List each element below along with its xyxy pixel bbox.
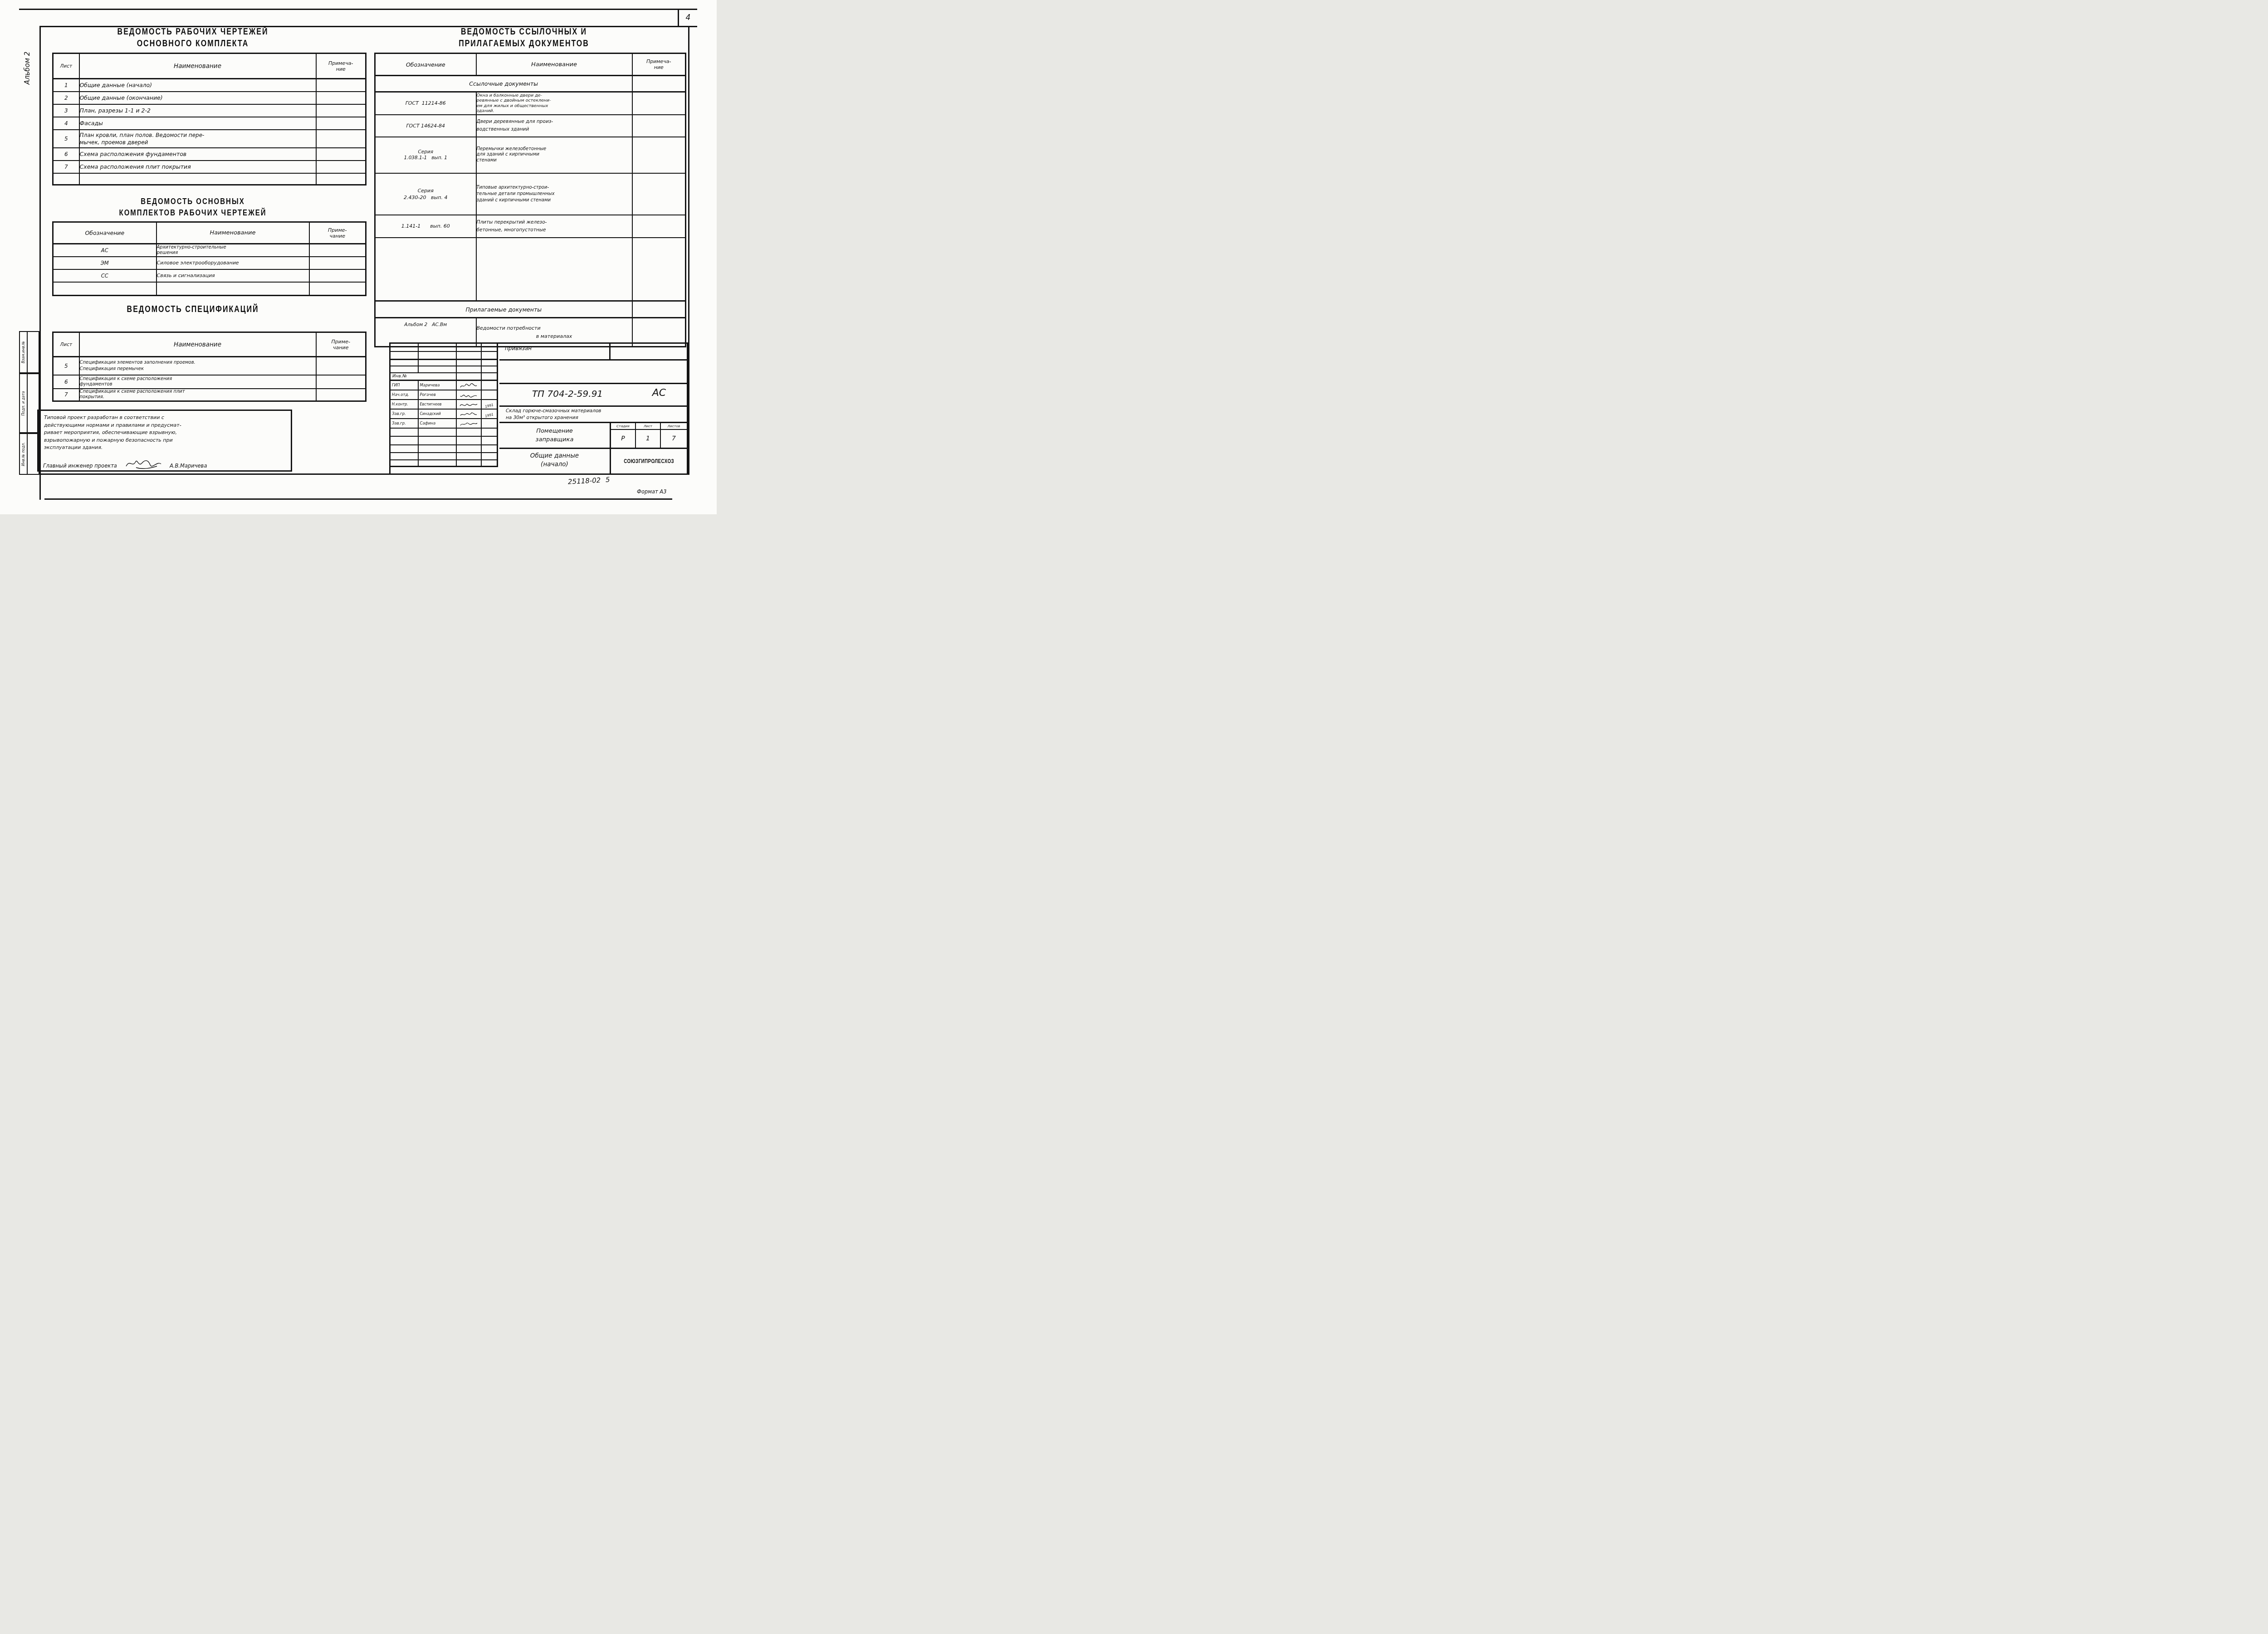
section-row: Ссылочные документы <box>375 76 686 92</box>
stamp-code-row: ТП 704-2-59.91 АС <box>499 384 687 407</box>
grid-row-empty <box>390 453 498 460</box>
table-row: 6Спецификация к схеме расположенияфундам… <box>53 375 366 389</box>
note-text-line: эксплуатации здания. <box>44 444 287 452</box>
inv-number-label: Инв.№ <box>390 373 456 380</box>
note-text-line: ривает мероприятия, обеспечивающие взрыв… <box>44 429 287 437</box>
table-row-empty <box>53 173 366 185</box>
signature-icon <box>123 458 163 469</box>
sheet-value: 1 <box>636 430 661 448</box>
person-row: Зав.гр. Сафина <box>390 419 498 428</box>
table-row: 6Схема расположения фундаментов <box>53 148 366 161</box>
person-name: Рогачев <box>418 390 456 400</box>
sheets-value: 7 <box>661 430 687 448</box>
person-role: Н.контр. <box>390 400 418 409</box>
signature-icon <box>459 383 478 389</box>
note-block: Типовой проект разработан в соответствии… <box>37 410 292 472</box>
note-text-line: Типовой проект разработан в соответствии… <box>44 414 287 422</box>
col-header-name: Наименование <box>79 332 316 357</box>
note-line: ние <box>633 64 685 70</box>
title-line: ВЕДОМОСТЬ СПЕЦИФИКАЦИЙ <box>50 303 336 315</box>
title-line: ВЕДОМОСТЬ ССЫЛОЧНЫХ И <box>374 26 674 38</box>
set-code: АС <box>645 387 673 399</box>
title-block-right: привязан ТП 704-2-59.91 АС Склад горюче-… <box>499 344 687 473</box>
col-header-sheet: Лист <box>53 54 79 79</box>
person-role: Зав.гр. <box>390 409 418 419</box>
stamp-object-row: Склад горюче-смазочных материалов на 30м… <box>499 407 687 423</box>
album-label: Альбом 2 <box>20 34 34 102</box>
col-header-name: Наименование <box>476 54 632 76</box>
stamp-note-row: привязан <box>499 344 687 361</box>
person-name: Сафина <box>418 419 456 428</box>
margin-box-inv: Инв.№ подл. <box>19 433 39 475</box>
person-row: Зав.гр. Синадский 1991 <box>390 409 498 419</box>
signature-icon <box>459 412 478 417</box>
sheets-label: Листов <box>661 423 687 429</box>
title-line: ПРИЛАГАЕМЫХ ДОКУМЕНТОВ <box>374 38 674 49</box>
format-label: Формат А3 <box>637 488 667 495</box>
table-row: 1Общие данные (начало) <box>53 79 366 92</box>
sheet-label: Лист <box>636 423 661 429</box>
col-header-sheet: Лист <box>53 332 79 357</box>
table-row: 3План, разрезы 1-1 и 2-2 <box>53 104 366 117</box>
object-line: на 30м³ открытого хранения <box>506 415 687 421</box>
table-row: Серия2.430-20 вып. 4 Типовые архитектурн… <box>375 173 686 215</box>
margin-box-divider <box>27 374 28 432</box>
specs-table-title: ВЕДОМОСТЬ СПЕЦИФИКАЦИЙ <box>50 303 336 315</box>
col-header-name: Наименование <box>79 54 316 79</box>
table-row-empty <box>53 282 366 296</box>
col-header-name: Наименование <box>156 222 309 244</box>
note-line: ние <box>317 66 366 72</box>
grid-row-empty <box>390 351 498 360</box>
grid-row-empty <box>390 366 498 373</box>
table-row: Серия1.038.1-1 вып. 1 Перемычки железобе… <box>375 137 686 173</box>
table-row: ЭМСиловое электрооборудование <box>53 257 366 269</box>
works-table-title: ВЕДОМОСТЬ РАБОЧИХ ЧЕРТЕЖЕЙ ОСНОВНОГО КОМ… <box>50 26 336 50</box>
note-line: Примеча- <box>317 60 366 66</box>
ref-table-title: ВЕДОМОСТЬ ССЫЛОЧНЫХ И ПРИЛАГАЕМЫХ ДОКУМЕ… <box>374 26 674 50</box>
signature-icon <box>459 421 478 427</box>
table-row: АСАрхитектурно-строительныерешения <box>53 244 366 257</box>
col-header-note: Приме- чание <box>309 222 366 244</box>
stamp-empty-row <box>499 361 687 384</box>
sets-table: Обозначение Наименование Приме- чание АС… <box>52 221 367 296</box>
col-header-mark: Обозначение <box>375 54 476 76</box>
table-row: СССвязь и сигнализация <box>53 269 366 282</box>
doc-code: ТП 704-2-59.91 <box>513 388 622 399</box>
frame-right-line <box>688 26 689 475</box>
title-block: Инв.№ ГИП Маричева Нач.отд. Рогачев Н.ко… <box>389 342 688 475</box>
person-name: Евстигнеев <box>418 400 456 409</box>
title-line: ВЕДОМОСТЬ ОСНОВНЫХ <box>50 196 336 207</box>
col-header-note: Примеча- ние <box>316 54 366 79</box>
margin-box-label: Подп. и дата <box>21 391 25 416</box>
person-row: Н.контр. Евстигнеев 1991 <box>390 400 498 409</box>
note-line: Приме- <box>317 339 366 345</box>
stamp-note: привязан <box>505 345 532 351</box>
note-text-line: действующими нормами и правилами и преду… <box>44 422 287 429</box>
note-line: чание <box>310 233 366 239</box>
top-outer-line <box>19 9 697 10</box>
inv-number-row: Инв.№ <box>390 373 498 380</box>
section-linked-label: Ссылочные документы <box>375 76 632 92</box>
title-line: ВЕДОМОСТЬ РАБОЧИХ ЧЕРТЕЖЕЙ <box>50 26 336 38</box>
col-header-mark: Обозначение <box>53 222 156 244</box>
stamp-title-row: Общие данные (начало) СОЮЗГИПРОЛЕСХОЗ <box>499 449 687 473</box>
object-line: Склад горюче-смазочных материалов <box>506 408 687 415</box>
note-text: Типовой проект разработан в соответствии… <box>39 411 291 452</box>
person-row: Нач.отд. Рогачев <box>390 390 498 400</box>
margin-box-label: Инв.№ подл. <box>21 442 25 466</box>
note-text-line: взрывопожарную и пожарную безопасность п… <box>44 437 287 444</box>
sheet-corner-number: 4 <box>679 10 697 25</box>
margin-box-divider <box>27 332 28 372</box>
room-title: Помещение заправщика <box>499 427 610 444</box>
note-line: Приме- <box>310 227 366 233</box>
table-row: 1.141-1 вып. 60 Плиты перекрытий железо-… <box>375 215 686 238</box>
works-table: Лист Наименование Примеча- ние 1Общие да… <box>52 53 367 185</box>
person-name: Синадский <box>418 409 456 419</box>
table-row: ГОСТ 14624-84 Двери деревянные для произ… <box>375 115 686 137</box>
stamp-note-divider <box>609 344 611 359</box>
person-role: Зав.гр. <box>390 419 418 428</box>
ref-table: Обозначение Наименование Примеча- ние Сс… <box>374 53 686 347</box>
stage-mini-table: Стадия Лист Листов Р 1 7 <box>611 423 687 448</box>
person-name: Маричева <box>418 380 456 390</box>
title-line: КОМПЛЕКТОВ РАБОЧИХ ЧЕРТЕЖЕЙ <box>50 207 336 219</box>
note-line: чание <box>317 345 366 351</box>
person-year: 1991 <box>484 403 494 409</box>
grid-row-empty <box>390 436 498 445</box>
signature-icon <box>459 402 478 408</box>
section-row: Прилагаемые документы <box>375 301 686 318</box>
margin-box-podp: Подп. и дата <box>19 373 39 433</box>
stage-label: Стадия <box>611 423 636 429</box>
person-role: ГИП <box>390 380 418 390</box>
margin-box-vzam: Взам.инв.№ <box>19 331 39 373</box>
person-year: 1991 <box>484 412 494 418</box>
grid-row-empty <box>390 428 498 436</box>
sheet-bottom-edge-line <box>44 498 672 500</box>
grid-row-empty <box>390 460 498 466</box>
section-attached-label: Прилагаемые документы <box>375 301 632 318</box>
drawing-sheet: 4 Альбом 2 Взам.инв.№ Подп. и дата Инв.№… <box>0 0 717 514</box>
title-block-signature-grid: Инв.№ ГИП Маричева Нач.отд. Рогачев Н.ко… <box>389 342 498 467</box>
title-line: ОСНОВНОГО КОМПЛЕКТА <box>50 38 336 49</box>
organization-name: СОЮЗГИПРОЛЕСХОЗ <box>611 449 687 473</box>
table-row: 7Спецификация к схеме расположения плитп… <box>53 389 366 401</box>
archive-doc-number: 25118-02 5 <box>568 476 610 486</box>
sets-table-title: ВЕДОМОСТЬ ОСНОВНЫХ КОМПЛЕКТОВ РАБОЧИХ ЧЕ… <box>50 196 336 219</box>
col-header-note: Приме- чание <box>316 332 366 357</box>
person-row: ГИП Маричева <box>390 380 498 390</box>
table-row: 4Фасады <box>53 117 366 130</box>
table-row: ГОСТ 11214-86 Окна и балконные двери де-… <box>375 92 686 115</box>
signature-icon <box>459 393 478 398</box>
table-row: 5План кровли, план полов. Ведомости пере… <box>53 130 366 148</box>
col-header-note: Примеча- ние <box>632 54 686 76</box>
stamp-room-row: Помещение заправщика Стадия Лист Листов … <box>499 423 687 449</box>
chief-engineer-name: А.В.Маричева <box>170 463 207 469</box>
margin-box-divider <box>27 434 28 474</box>
stage-value: Р <box>611 430 636 448</box>
grid-row-empty <box>390 445 498 453</box>
person-role: Нач.отд. <box>390 390 418 400</box>
specs-table: Лист Наименование Приме- чание 5Специфик… <box>52 332 367 402</box>
grid-row-empty <box>390 360 498 366</box>
table-row: 2Общие данные (окончание) <box>53 92 366 104</box>
grid-row-empty <box>390 343 498 351</box>
sheet-title: Общие данные (начало) <box>499 452 610 469</box>
note-line: Примеча- <box>633 59 685 64</box>
margin-box-label: Взам.инв.№ <box>21 341 25 363</box>
table-row-empty <box>375 238 686 301</box>
table-row: 7Схема расположения плит покрытия <box>53 161 366 173</box>
table-row: 5Спецификация элементов заполнения проем… <box>53 357 366 375</box>
chief-engineer-label: Главный инженер проекта <box>43 463 117 469</box>
